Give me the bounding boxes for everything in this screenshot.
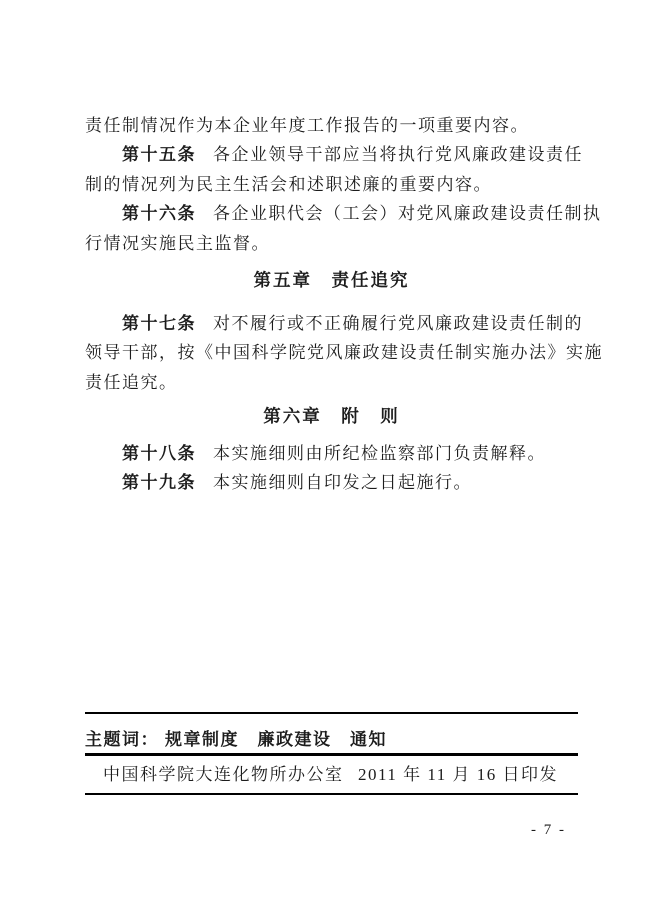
article-17-block: 第十七条对不履行或不正确履行党风廉政建设责任制的 领导干部，按《中国科学院党风廉… (85, 309, 578, 397)
article-17-line-3: 责任追究。 (85, 368, 578, 397)
article-16-text-1: 各企业职代会（工会）对党风廉政建设责任制执 (213, 204, 602, 223)
article-17-line-2: 领导干部，按《中国科学院党风廉政建设责任制实施办法》实施 (85, 338, 578, 367)
article-15-line-1: 第十五条各企业领导干部应当将执行党风廉政建设责任 (85, 140, 578, 169)
article-16-text-2: 行情况实施民主监督。 (85, 234, 270, 253)
chapter-5-heading: 第五章 责任追究 (85, 266, 578, 295)
article-19-line: 第十九条本实施细则自印发之日起施行。 (85, 468, 578, 497)
keywords-top-rule (85, 712, 578, 714)
article-16-line-1: 第十六条各企业职代会（工会）对党风廉政建设责任制执 (85, 199, 578, 228)
article-17-text-1: 对不履行或不正确履行党风廉政建设责任制的 (213, 314, 583, 333)
article-17-label: 第十七条 (122, 314, 196, 333)
article-19-text: 本实施细则自印发之日起施行。 (213, 473, 472, 492)
article-16-label: 第十六条 (122, 204, 196, 223)
article-18-label: 第十八条 (122, 444, 196, 463)
article-17-line-1: 第十七条对不履行或不正确履行党风廉政建设责任制的 (85, 309, 578, 338)
document-page: 责任制情况作为本企业年度工作报告的一项重要内容。 第十五条各企业领导干部应当将执… (0, 0, 650, 919)
article-18-line: 第十八条本实施细则由所纪检监察部门负责解释。 (85, 439, 578, 468)
article-17-text-3: 责任追究。 (85, 373, 178, 392)
keywords-value: 规章制度 廉政建设 通知 (165, 730, 387, 749)
article-16-line-2: 行情况实施民主监督。 (85, 229, 578, 258)
keywords-label: 主题词： (85, 730, 159, 749)
article-17-text-2: 领导干部，按《中国科学院党风廉政建设责任制实施办法》实施 (85, 343, 603, 362)
article-15-label: 第十五条 (122, 145, 196, 164)
issuer-row: 中国科学院大连化物所办公室 2011 年 11 月 16 日印发 (85, 762, 578, 788)
continuation-line-text: 责任制情况作为本企业年度工作报告的一项重要内容。 (85, 116, 529, 135)
footer-bottom-rule (85, 793, 578, 795)
keywords-row: 主题词：规章制度 廉政建设 通知 (85, 728, 578, 752)
chapter-6-heading: 第六章 附 则 (85, 402, 578, 431)
print-date: 2011 年 11 月 16 日印发 (358, 762, 578, 788)
article-15-line-2: 制的情况列为民主生活会和述职述廉的重要内容。 (85, 170, 578, 199)
body-text-block: 责任制情况作为本企业年度工作报告的一项重要内容。 第十五条各企业领导干部应当将执… (85, 111, 578, 258)
keywords-bottom-rule (85, 753, 578, 756)
article-18-text: 本实施细则由所纪检监察部门负责解释。 (213, 444, 546, 463)
article-15-text-1: 各企业领导干部应当将执行党风廉政建设责任 (213, 145, 583, 164)
articles-18-19-block: 第十八条本实施细则由所纪检监察部门负责解释。 第十九条本实施细则自印发之日起施行… (85, 439, 578, 498)
article-19-label: 第十九条 (122, 473, 196, 492)
page-number: - 7 - (531, 822, 566, 839)
issuer-name: 中国科学院大连化物所办公室 (85, 762, 344, 788)
article-15-text-2: 制的情况列为民主生活会和述职述廉的重要内容。 (85, 175, 492, 194)
continuation-line: 责任制情况作为本企业年度工作报告的一项重要内容。 (85, 111, 578, 140)
